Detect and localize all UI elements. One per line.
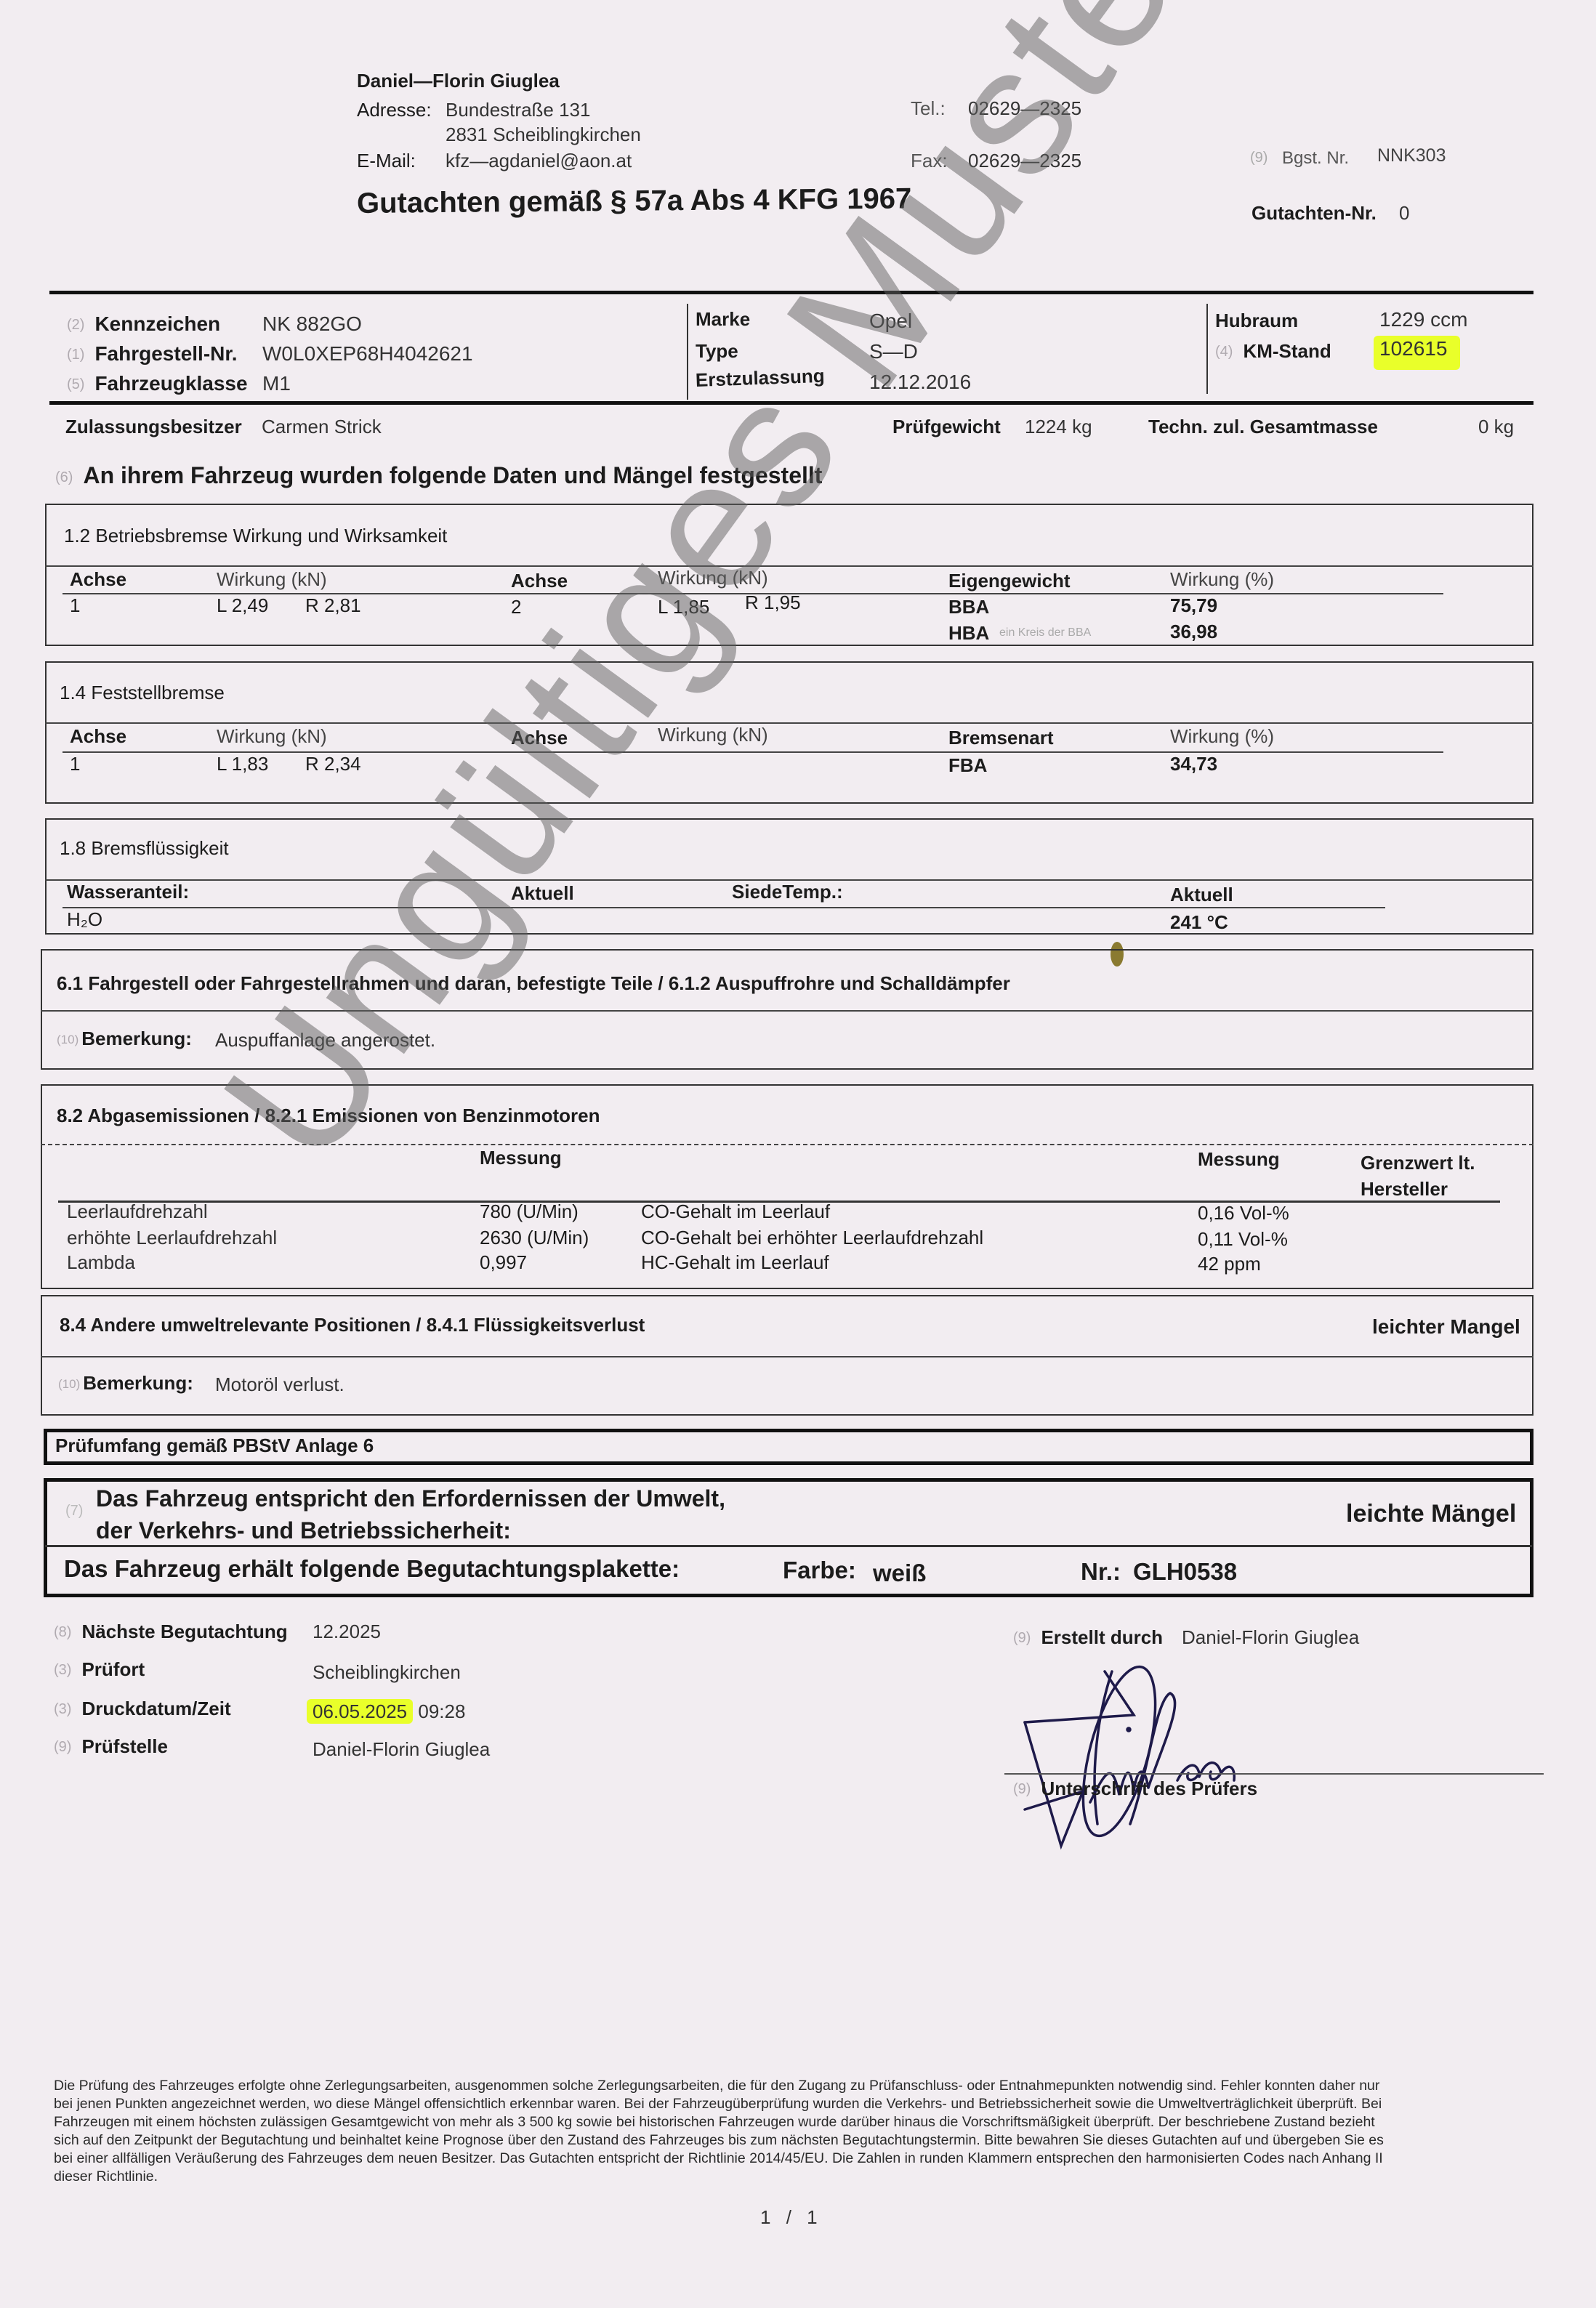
page-separator: / — [786, 2206, 791, 2228]
param-measure: 780 (U/Min) — [480, 1201, 579, 1223]
brake-value: 34,73 — [1170, 753, 1217, 775]
address-line2: 2831 Scheiblingkirchen — [446, 124, 641, 146]
email-value: kfz—agdaniel@aon.at — [446, 150, 632, 172]
col-header: Achse — [70, 725, 126, 748]
fahrgestell-nr-label: Fahrgestell-Nr. — [94, 342, 237, 365]
fold-divider — [41, 1144, 1533, 1145]
axle-number: 2 — [511, 596, 521, 618]
divider — [41, 1356, 1533, 1357]
plakette-nr-value: GLH0538 — [1133, 1558, 1237, 1586]
disclaimer-line: Die Prüfung des Fahrzeuges erfolgte ohne… — [54, 2077, 1522, 2095]
col-header: SiedeTemp.: — [732, 881, 843, 903]
druckdatum-label: Druckdatum/Zeit — [81, 1698, 230, 1719]
type-label: Type — [696, 340, 738, 363]
signature — [1003, 1657, 1381, 1860]
col-header: Grenzwert lt. — [1361, 1152, 1475, 1174]
divider — [45, 1545, 1532, 1547]
code-label: (8) — [54, 1624, 71, 1640]
param-name: Lambda — [67, 1251, 135, 1274]
remark-value: Auspuffanlage angerostet. — [215, 1029, 435, 1052]
code-label: (9) — [54, 1739, 71, 1755]
issuer-name: Daniel—Florin Giuglea — [357, 70, 560, 92]
bgst-code: (9) — [1250, 150, 1267, 166]
fahrgestell-nr-value: W0L0XEP68H4042621 — [262, 342, 473, 366]
severity-label: leichter Mangel — [1372, 1315, 1520, 1339]
document-title: Gutachten gemäß § 57a Abs 4 KFG 1967 — [357, 182, 912, 220]
disclaimer-line: Fahrzeugen mit einem höchsten zulässigen… — [54, 2113, 1522, 2131]
col-header: Wirkung (%) — [1170, 568, 1274, 591]
brake-value: 36,98 — [1170, 621, 1217, 643]
findings-heading: An ihrem Fahrzeug wurden folgende Daten … — [83, 462, 822, 488]
code-label: (6) — [55, 469, 73, 485]
col-header: Wirkung (kN) — [217, 725, 327, 748]
signature-label: Unterschrift des Prüfers — [1041, 1778, 1257, 1799]
col-header: Messung — [480, 1147, 562, 1169]
signature-line — [1004, 1773, 1544, 1775]
code-label: (10) — [57, 1033, 78, 1046]
brake-note: ein Kreis der BBA — [999, 626, 1091, 639]
gutachten-nr-value: 0 — [1399, 202, 1409, 225]
pruefort-label: Prüfort — [81, 1658, 145, 1680]
kennzeichen-value: NK 882GO — [262, 312, 362, 336]
bgst-label: Bgst. Nr. — [1282, 148, 1349, 169]
column-divider — [687, 304, 688, 400]
axle-right-value: R 2,81 — [305, 594, 361, 617]
code-label: (4) — [1215, 344, 1233, 360]
plakette-nr-label: Nr.: — [1081, 1558, 1121, 1586]
pruefgewicht-label: Prüfgewicht — [892, 416, 1001, 438]
boiling-temp-value: 241 °C — [1170, 911, 1228, 934]
param-measure: 0,997 — [480, 1251, 527, 1274]
col-header: Bremsenart — [948, 727, 1054, 749]
email-label: E-Mail: — [357, 150, 416, 172]
code-label: (5) — [67, 376, 84, 392]
hubraum-value: 1229 ccm — [1379, 308, 1467, 331]
zulassungsbesitzer-label: Zulassungsbesitzer — [65, 416, 242, 438]
col-header: Eigengewicht — [948, 570, 1071, 592]
next-inspection-label: Nächste Begutachtung — [81, 1621, 287, 1642]
disclaimer-line: sich auf den Zeitpunkt der Begutachtung … — [54, 2131, 1522, 2150]
page-current: 1 — [760, 2206, 770, 2228]
disclaimer: Die Prüfung des Fahrzeuges erfolgte ohne… — [54, 2077, 1522, 2186]
farbe-label: Farbe: — [783, 1557, 856, 1584]
code-label: (9) — [1013, 1781, 1031, 1797]
axle-left-value: L 2,49 — [217, 594, 268, 617]
col-header: Achse — [511, 727, 568, 749]
page-total: 1 — [807, 2206, 817, 2228]
remark-value: Motoröl verlust. — [215, 1373, 344, 1396]
col-header: Aktuell — [1170, 884, 1233, 906]
remark-label: Bemerkung: — [83, 1372, 193, 1394]
section-title: 1.2 Betriebsbremse Wirkung und Wirksamke… — [64, 525, 447, 547]
section-title: 8.4 Andere umweltrelevante Positionen / … — [60, 1314, 645, 1336]
section-title: 6.1 Fahrgestell oder Fahrgestellrahmen u… — [57, 972, 1010, 995]
axle-number: 1 — [70, 594, 80, 617]
brake-type: FBA — [948, 754, 987, 777]
param-name: Leerlaufdrehzahl — [67, 1201, 208, 1223]
axle-right-value: R 1,95 — [745, 592, 801, 614]
code-label: (7) — [65, 1503, 83, 1520]
axle-left-value: L 1,83 — [217, 753, 268, 775]
code-label: (3) — [54, 1662, 71, 1678]
kennzeichen-label: Kennzeichen — [94, 312, 220, 335]
col-header: Messung — [1198, 1148, 1280, 1171]
gas-value: 0,11 Vol-% — [1198, 1228, 1288, 1251]
hubraum-label: Hubraum — [1215, 310, 1298, 332]
gesamtmasse-value: 0 kg — [1478, 416, 1514, 438]
param-measure: 2630 (U/Min) — [480, 1227, 589, 1249]
column-divider — [1206, 304, 1208, 394]
tel-label: Tel.: — [911, 97, 946, 120]
col-header: Aktuell — [511, 882, 574, 905]
remark-label: Bemerkung: — [81, 1028, 192, 1049]
pruefgewicht-value: 1224 kg — [1025, 416, 1092, 438]
divider — [63, 751, 1443, 753]
bgst-value: NNK303 — [1377, 145, 1446, 166]
marke-label: Marke — [696, 308, 750, 331]
section-fahrgestell — [41, 949, 1533, 1070]
brake-value: 75,79 — [1170, 594, 1217, 617]
gutachten-nr-label: Gutachten-Nr. — [1252, 202, 1377, 225]
verdict-label: leichte Mängel — [1346, 1500, 1516, 1528]
gas-value: 0,16 Vol-% — [1198, 1202, 1289, 1224]
disclaimer-line: bei jenen Punkten angezeichnet werden, w… — [54, 2095, 1522, 2113]
druckdatum-date: 06.05.2025 — [307, 1699, 413, 1724]
result-line2: der Verkehrs- und Betriebssicherheit: — [96, 1517, 511, 1544]
brake-type: BBA — [948, 596, 989, 618]
col-header: Hersteller — [1361, 1178, 1448, 1200]
address-line1: Bundestraße 131 — [446, 99, 590, 121]
section-title: 8.2 Abgasemissionen / 8.2.1 Emissionen v… — [57, 1105, 600, 1127]
gas-name: HC-Gehalt im Leerlauf — [641, 1251, 829, 1274]
fax-label: Fax: — [911, 150, 948, 172]
divider — [45, 722, 1533, 724]
section-umwelt — [41, 1295, 1533, 1416]
col-header: Achse — [511, 570, 568, 592]
gas-name: CO-Gehalt bei erhöhter Leerlaufdrehzahl — [641, 1227, 983, 1249]
code-label: (3) — [54, 1701, 71, 1717]
divider — [41, 1010, 1533, 1012]
erstellt-durch-value: Daniel-Florin Giuglea — [1182, 1626, 1359, 1649]
col-header: Achse — [70, 568, 126, 591]
fluid-medium: H₂O — [67, 908, 102, 931]
disclaimer-line: dieser Richtlinie. — [54, 2168, 1522, 2186]
divider — [49, 291, 1533, 294]
axle-number: 1 — [70, 753, 80, 775]
km-stand-label: KM-Stand — [1243, 340, 1331, 362]
section-title: 1.8 Bremsflüssigkeit — [60, 837, 229, 860]
code-label: (9) — [1013, 1630, 1031, 1646]
code-label: (1) — [67, 347, 84, 363]
section-bremsfluessigkeit — [45, 818, 1533, 935]
col-header: Wirkung (kN) — [658, 567, 768, 589]
gesamtmasse-label: Techn. zul. Gesamtmasse — [1148, 416, 1378, 438]
erstzulassung-label: Erstzulassung — [695, 365, 825, 392]
zulassungsbesitzer-value: Carmen Strick — [262, 416, 382, 438]
disclaimer-line: bei einer allfälligen Veräußerung des Fa… — [54, 2150, 1522, 2168]
farbe-value: weiß — [873, 1559, 926, 1587]
axle-left-value: L 1,85 — [658, 596, 709, 618]
km-stand-value: 102615 — [1374, 336, 1460, 370]
divider — [45, 565, 1533, 567]
next-inspection-value: 12.2025 — [313, 1621, 381, 1643]
pruefstelle-label: Prüfstelle — [81, 1735, 168, 1757]
gas-name: CO-Gehalt im Leerlauf — [641, 1201, 830, 1223]
col-header: Wirkung (%) — [1170, 725, 1274, 748]
divider — [63, 907, 1385, 908]
col-header: Wasseranteil: — [67, 881, 189, 903]
col-header: Wirkung (kN) — [658, 724, 768, 746]
type-value: S—D — [869, 340, 918, 363]
divider — [49, 401, 1533, 405]
address-label: Adresse: — [357, 99, 432, 121]
section-title: 1.4 Feststellbremse — [60, 682, 225, 704]
marke-value: Opel — [869, 310, 912, 333]
pruefumfang-label: Prüfumfang gemäß PBStV Anlage 6 — [55, 1435, 374, 1457]
code-label: (2) — [67, 317, 84, 333]
erstzulassung-value: 12.12.2016 — [869, 371, 971, 394]
axle-right-value: R 2,34 — [305, 753, 361, 775]
fax-value: 02629—2325 — [968, 150, 1081, 172]
brake-type: HBA — [948, 622, 989, 645]
result-line1: Das Fahrzeug entspricht den Erforderniss… — [96, 1485, 725, 1512]
tel-value: 02629—2325 — [968, 97, 1081, 120]
erstellt-durch-label: Erstellt durch — [1041, 1626, 1163, 1648]
code-label: (10) — [58, 1377, 80, 1391]
druckdatum-time: 09:28 — [418, 1700, 465, 1722]
pruefort-value: Scheiblingkirchen — [313, 1661, 461, 1684]
plakette-label: Das Fahrzeug erhält folgende Begutachtun… — [64, 1555, 680, 1583]
col-header: Wirkung (kN) — [217, 568, 327, 591]
fahrzeugklasse-value: M1 — [262, 372, 291, 395]
fahrzeugklasse-label: Fahrzeugklasse — [94, 372, 247, 395]
page-indicator: 1 / 1 — [760, 2206, 818, 2229]
gas-value: 42 ppm — [1198, 1253, 1261, 1275]
param-name: erhöhte Leerlaufdrehzahl — [67, 1227, 277, 1249]
pruefstelle-value: Daniel-Florin Giuglea — [313, 1738, 490, 1761]
